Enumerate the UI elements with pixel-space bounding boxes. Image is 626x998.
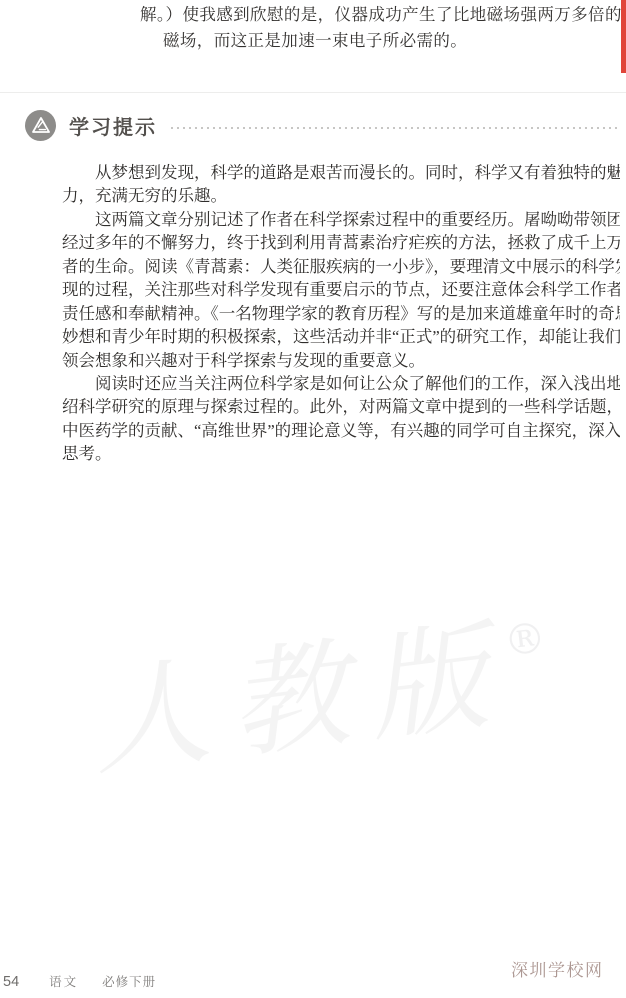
text-line: 责任感和奉献精神。《一名物理学家的教育历程》写的是加来道雄童年时的奇思 [62,302,620,325]
study-tips-title: 学习提示 [69,111,157,140]
footer-subject: 语文 [49,972,78,990]
text-line: 力，充满无穷的乐趣。 [62,184,620,207]
text-line: 经过多年的不懈努力，终于找到利用青蒿素治疗疟疾的方法，拯救了成千上万患 [62,231,620,254]
text-line: 从梦想到发现，科学的道路是艰苦而漫长的。同时，科学又有着独特的魅 [62,161,620,184]
study-tips-body: 从梦想到发现，科学的道路是艰苦而漫长的。同时，科学又有着独特的魅 力，充满无穷的… [62,161,620,466]
text-line: 思考。 [62,442,620,465]
footer-volume: 必修下册 [102,972,156,990]
text-line: 妙想和青少年时期的积极探索，这些活动并非“正式”的研究工作，却能让我们 [62,325,620,348]
section-divider-line [0,92,626,93]
site-watermark: 深圳学校网 [511,956,604,981]
text-line: 阅读时还应当关注两位科学家是如何让公众了解他们的工作，深入浅出地介 [62,372,620,395]
text-line: 这两篇文章分别记述了作者在科学探索过程中的重要经历。屠呦呦带领团队 [62,208,620,231]
text-line: 者的生命。阅读《青蒿素：人类征服疾病的一小步》，要理清文中展示的科学发 [62,255,620,278]
continuation-line: 解。）使我感到欣慰的是，仪器成功产生了比地磁场强两万多倍的 [140,2,626,28]
text-line: 现的过程，关注那些对科学发现有重要启示的节点，还要注意体会科学工作者的 [62,278,620,301]
watermark-text: 人教版 [83,605,517,793]
textbook-page: 解。）使我感到欣慰的是，仪器成功产生了比地磁场强两万多倍的 磁场，而这正是加速一… [0,0,626,998]
text-line: 领会想象和兴趣对于科学探索与发现的重要意义。 [62,349,620,372]
page-number: 54 [3,974,19,990]
pep-logo-icon [25,110,56,141]
page-footer: 54 语文 必修下册 [3,972,156,990]
text-line: 绍科学研究的原理与探索过程的。此外，对两篇文章中提到的一些科学话题，如 [62,395,620,418]
text-line: 中医药学的贡献、“高维世界”的理论意义等，有兴趣的同学可自主探究，深入 [62,419,620,442]
top-continuation-paragraph: 解。）使我感到欣慰的是，仪器成功产生了比地磁场强两万多倍的 磁场，而这正是加速一… [0,2,626,54]
dotted-rule [171,127,618,129]
continuation-line: 磁场，而这正是加速一束电子所必需的。 [163,28,626,54]
study-tips-header: 学习提示 [25,110,618,141]
registered-mark: ® [501,612,549,666]
publisher-watermark: 人教版® [79,571,576,798]
